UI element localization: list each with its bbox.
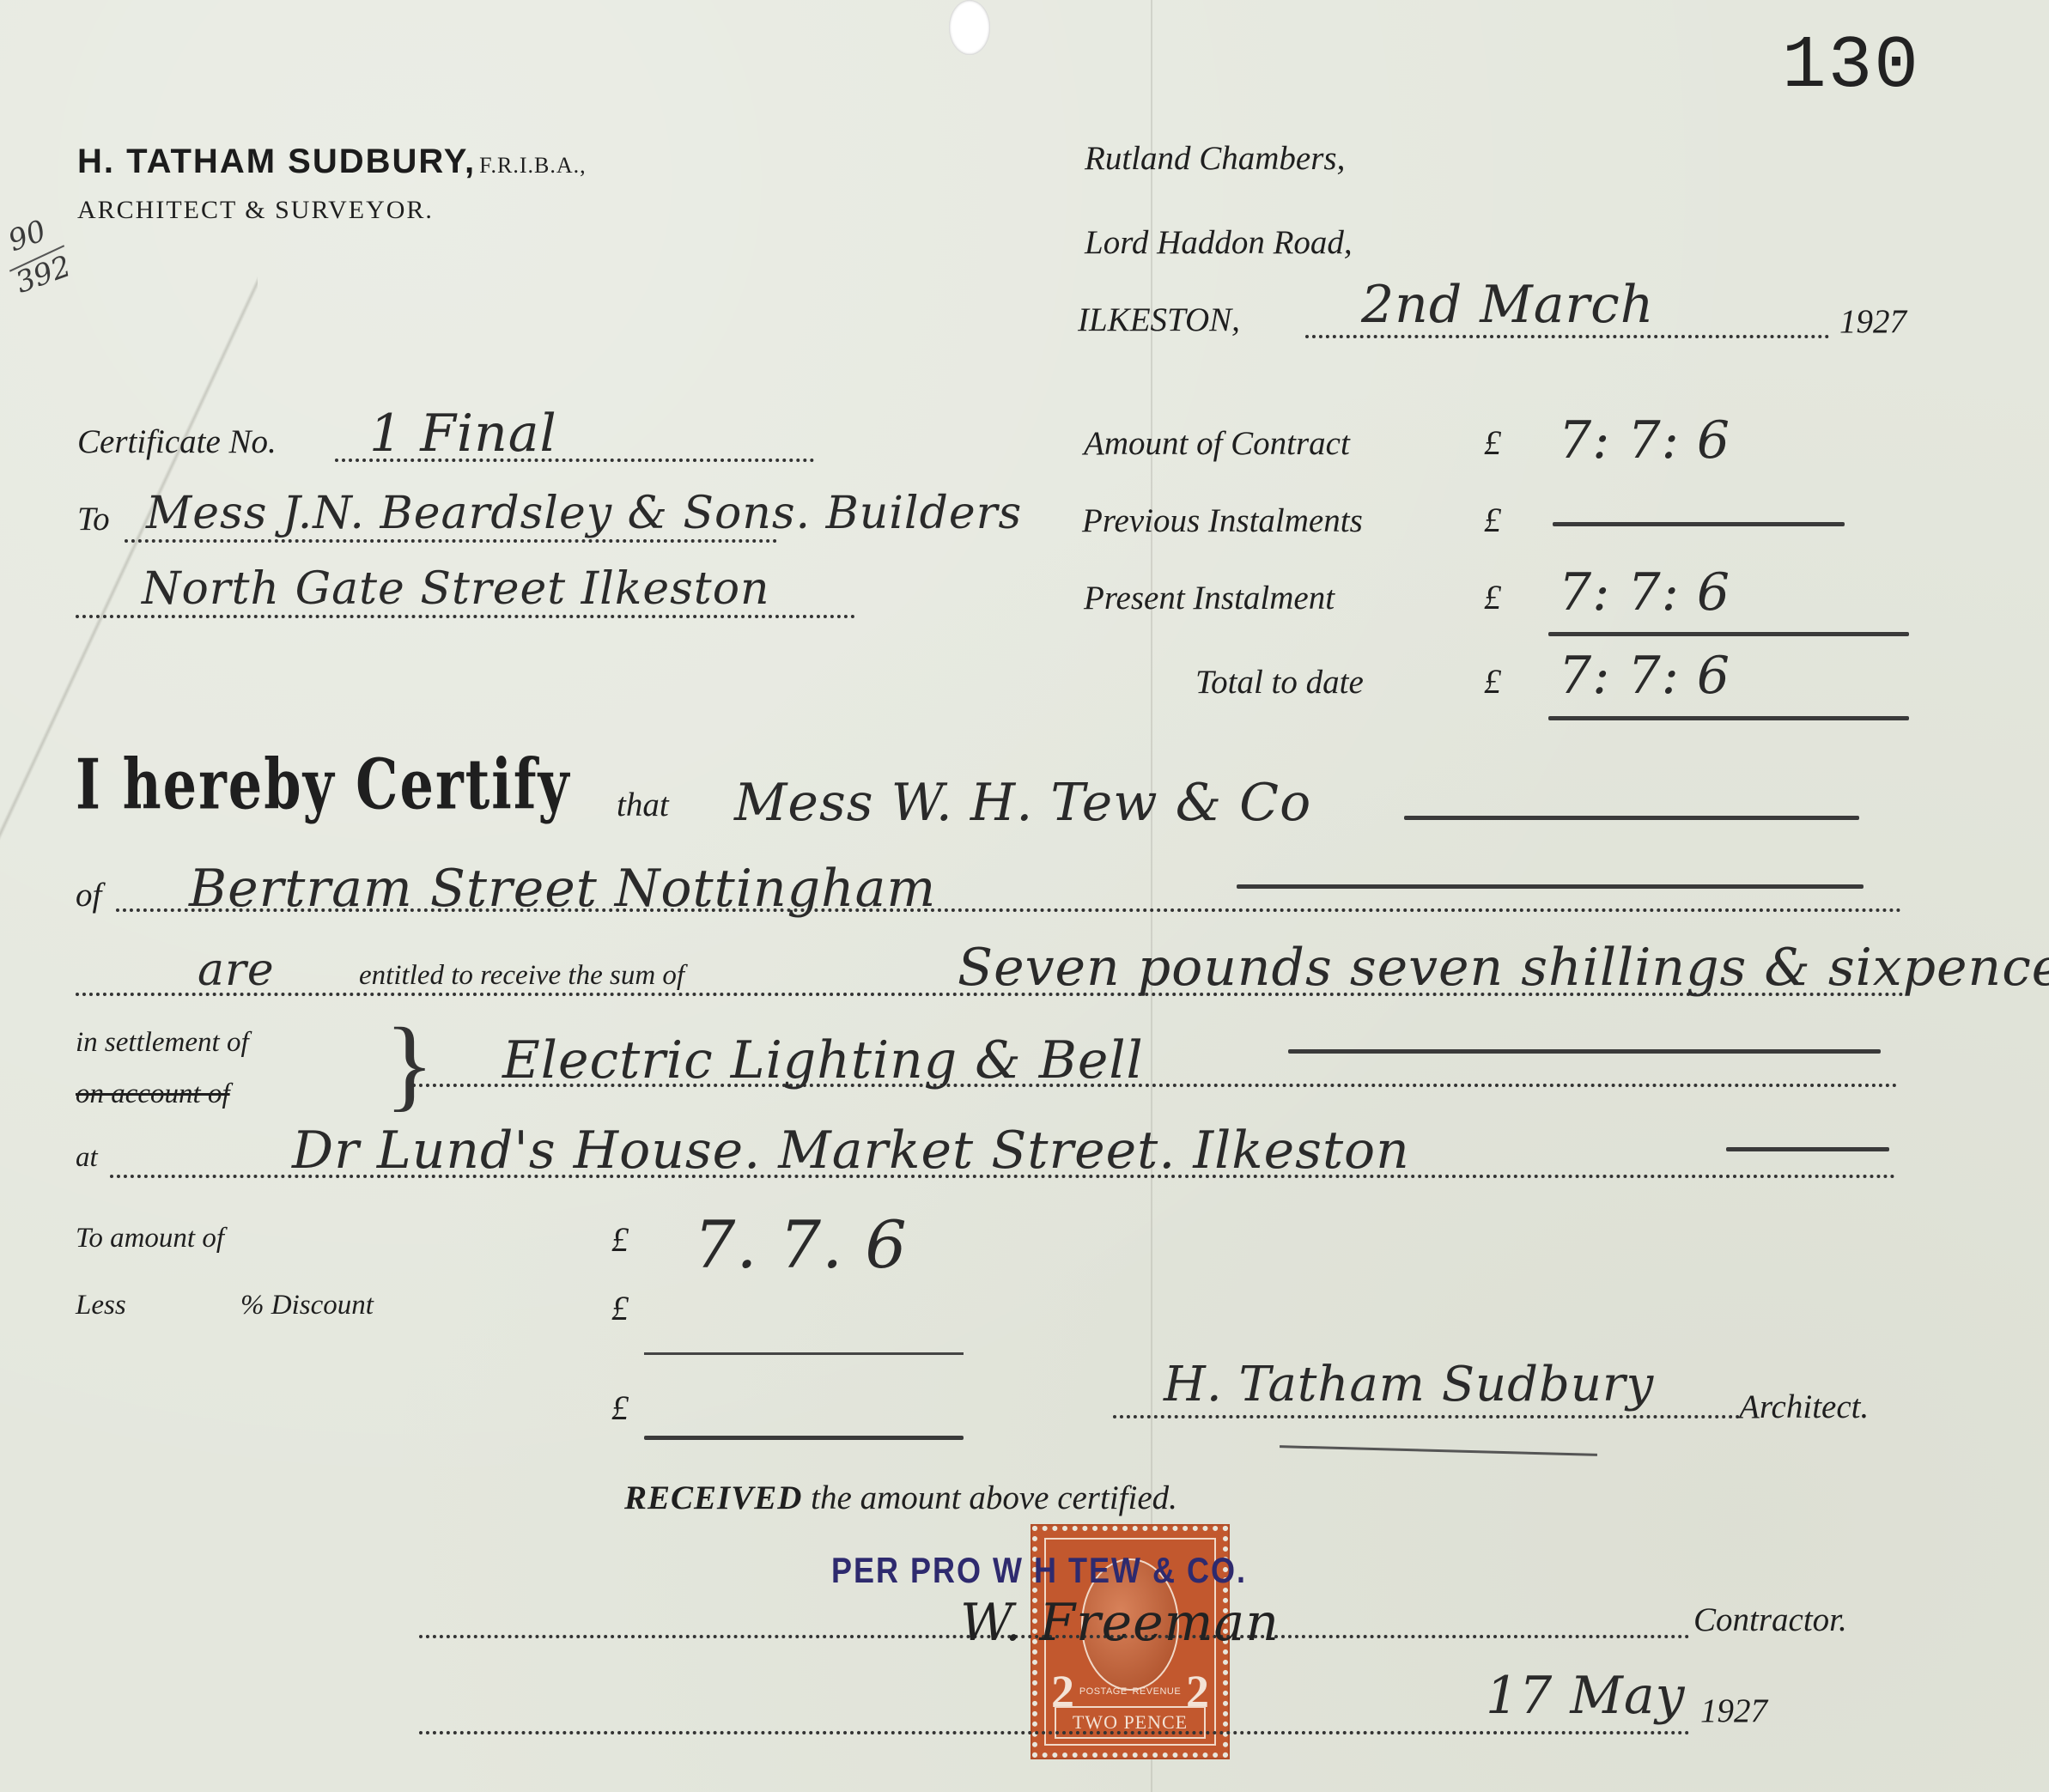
bracket: } xyxy=(385,1005,435,1123)
address-line-1: Rutland Chambers, xyxy=(1085,139,1345,178)
at-label: at xyxy=(76,1142,98,1174)
location: Dr Lund's House. Market Street. Ilkeston xyxy=(292,1121,1410,1181)
previous-instalments-label: Previous Instalments xyxy=(1082,501,1363,540)
qualification: F.R.I.B.A., xyxy=(479,153,587,178)
that-label: that xyxy=(617,786,669,824)
net-total-rule xyxy=(644,1436,964,1440)
certify-heading: I hereby Certify xyxy=(76,744,571,825)
amount-of-contract-label: Amount of Contract xyxy=(1084,424,1350,463)
payee-name: Mess W. H. Tew & Co xyxy=(734,773,1311,833)
to-amount-label: To amount of xyxy=(76,1223,224,1254)
pound-symbol: £ xyxy=(1484,577,1501,617)
pound-symbol: £ xyxy=(1484,661,1501,702)
contractor-signature: W. Freeman xyxy=(960,1593,1280,1653)
to-dotted-line-1 xyxy=(125,539,777,543)
to-amount-value: 7. 7. 6 xyxy=(694,1206,908,1283)
certificate-no-value: 1 Final xyxy=(369,404,557,464)
less-label: Less xyxy=(76,1290,126,1321)
present-instalment-rule xyxy=(1548,632,1909,636)
subtotal-rule xyxy=(644,1352,964,1355)
previous-instalments-blank-rule xyxy=(1553,522,1845,526)
to-dotted-line-2 xyxy=(76,615,855,618)
received-date-handwritten: 17 May xyxy=(1486,1666,1686,1726)
stamp-postage-band: POSTAGE xyxy=(1079,1686,1128,1697)
architect-label: Architect. xyxy=(1739,1388,1869,1426)
received-year: 1927 xyxy=(1700,1692,1767,1730)
work-description: Electric Lighting & Bell xyxy=(502,1030,1144,1090)
present-instalment-label: Present Instalment xyxy=(1084,579,1335,617)
to-line-2: North Gate Street Ilkeston xyxy=(142,563,770,615)
per-pro-stamp: PER PRO W H TEW & CO. xyxy=(831,1550,1247,1591)
entitled-label: entitled to receive the sum of xyxy=(359,960,684,992)
pound-symbol: £ xyxy=(1484,500,1501,540)
total-to-date-value: 7: 7: 6 xyxy=(1559,646,1730,706)
certificate-no-label: Certificate No. xyxy=(77,422,277,461)
architect-signature-line xyxy=(1113,1415,1740,1418)
work-rule xyxy=(1288,1049,1881,1054)
pound-symbol: £ xyxy=(1484,422,1501,463)
profession: ARCHITECT & SURVEYOR. xyxy=(77,196,434,225)
received-text: the amount above certified. xyxy=(811,1479,1177,1516)
received-date-line xyxy=(419,1731,1690,1734)
architect-name: H. TATHAM SUDBURY, xyxy=(77,143,476,180)
payee-line-rule xyxy=(1404,816,1859,820)
to-line-1: Mess J.N. Beardsley & Sons. Builders xyxy=(146,488,1022,539)
town: ILKESTON, xyxy=(1078,301,1240,339)
discount-label: % Discount xyxy=(240,1290,374,1321)
sum-in-words: Seven pounds seven shillings & sixpence xyxy=(958,938,2049,998)
present-instalment-value: 7: 7: 6 xyxy=(1559,562,1730,623)
total-to-date-rule xyxy=(1548,716,1909,720)
in-settlement-label: in settlement of xyxy=(76,1027,249,1059)
stamp-revenue-band: REVENUE xyxy=(1133,1686,1182,1697)
letterhead-name-block: H. TATHAM SUDBURY, F.R.I.B.A., xyxy=(77,143,587,181)
date-year: 1927 xyxy=(1839,302,1906,341)
architect-signature: H. Tatham Sudbury xyxy=(1164,1357,1654,1412)
received-bold: RECEIVED xyxy=(624,1479,802,1516)
document-number: 130 xyxy=(1782,24,1920,108)
location-rule xyxy=(1726,1147,1889,1151)
date-dotted-line xyxy=(1305,335,1829,338)
punch-hole xyxy=(949,0,990,55)
date-handwritten: 2nd March xyxy=(1361,275,1654,335)
payee-address-rule xyxy=(1237,884,1864,889)
total-to-date-label: Total to date xyxy=(1195,663,1364,702)
of-label: of xyxy=(76,876,101,914)
pound-symbol: £ xyxy=(611,1288,629,1328)
on-account-label-struck: on account of xyxy=(76,1078,230,1110)
to-label: To xyxy=(77,500,110,538)
payee-address: Bertram Street Nottingham xyxy=(189,859,936,919)
fold-line xyxy=(1151,0,1152,1792)
received-statement: RECEIVED the amount above certified. xyxy=(624,1479,1177,1517)
address-line-2: Lord Haddon Road, xyxy=(1085,223,1353,262)
pound-symbol: £ xyxy=(611,1388,629,1428)
pound-symbol: £ xyxy=(611,1219,629,1260)
are-handwritten: are xyxy=(198,945,275,996)
contractor-label: Contractor. xyxy=(1693,1601,1847,1639)
amount-of-contract-value: 7: 7: 6 xyxy=(1559,410,1730,471)
